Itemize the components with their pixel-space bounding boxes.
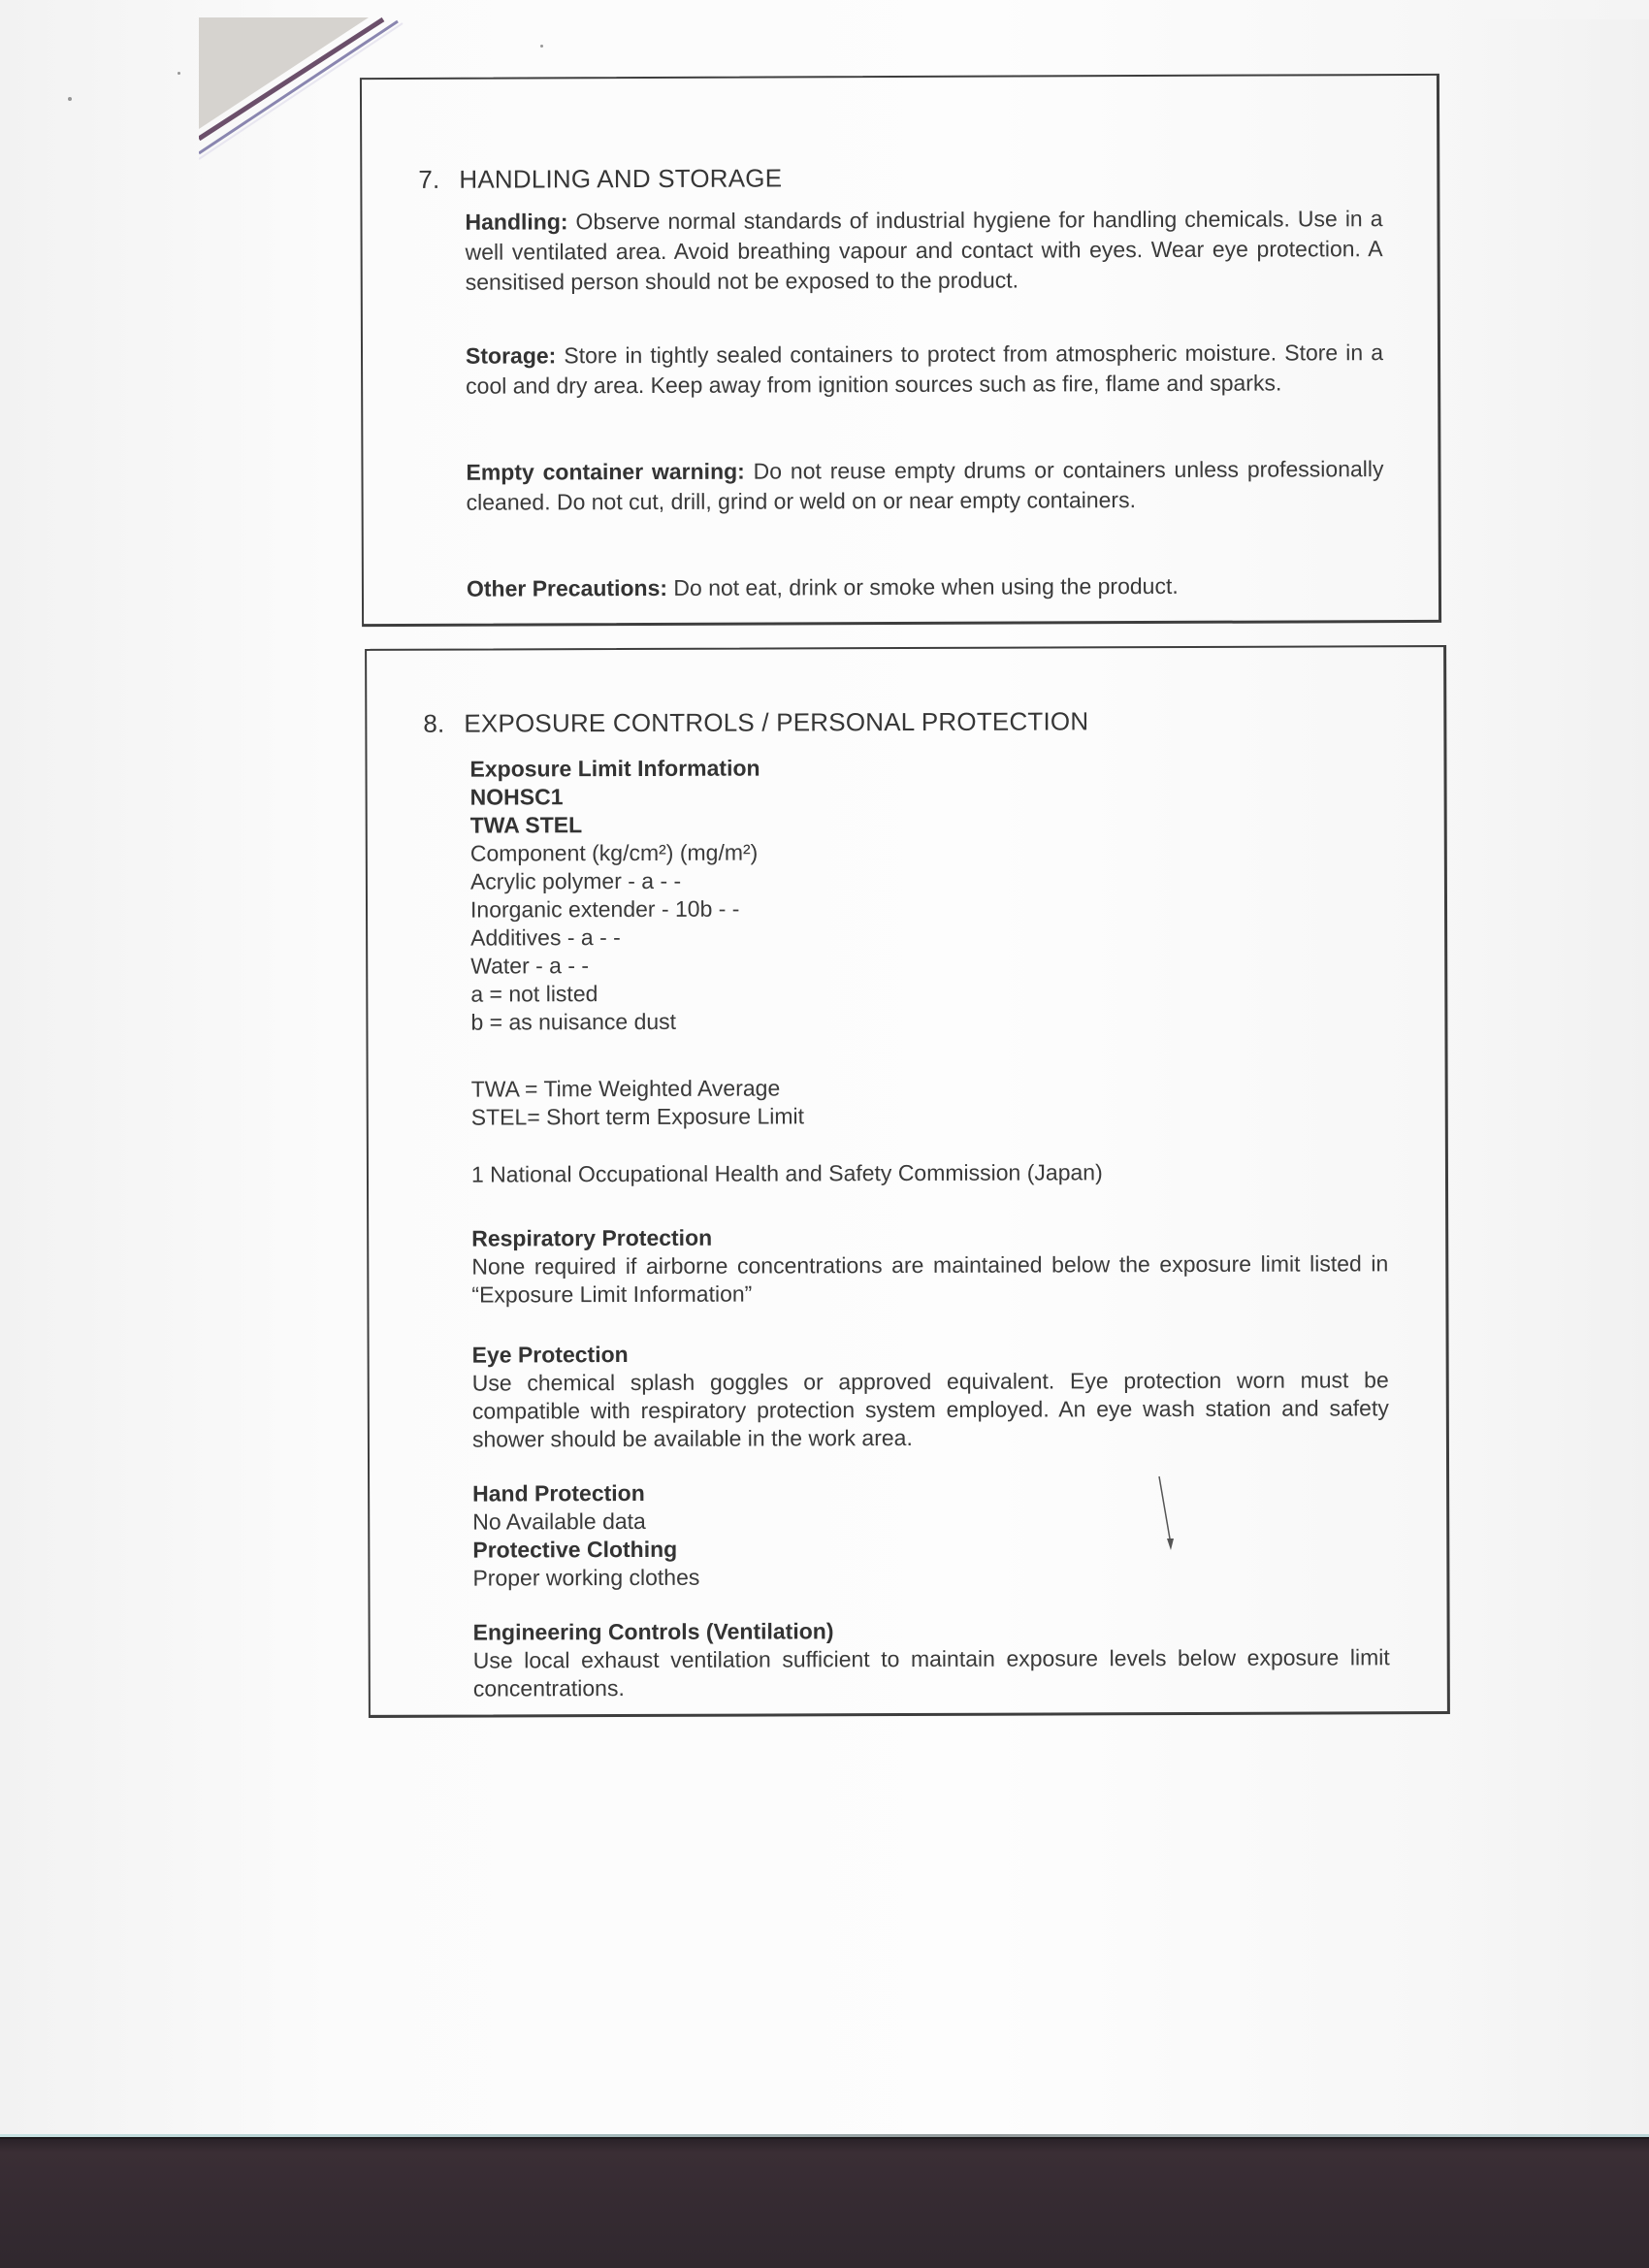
footnote-text: 1 National Occupational Health and Safet…: [471, 1157, 1403, 1188]
section-title: 8.EXPOSURE CONTROLS / PERSONAL PROTECTIO…: [423, 706, 1088, 738]
engineering-controls: Engineering Controls (Ventilation) Use l…: [473, 1615, 1405, 1702]
handling-paragraph: Handling: Observe normal standards of in…: [465, 204, 1382, 298]
eye-protection: Eye Protection Use chemical splash goggl…: [472, 1338, 1404, 1453]
section-title: 7.HANDLING AND STORAGE: [418, 163, 782, 194]
engineering-text: Use local exhaust ventilation sufficient…: [473, 1643, 1390, 1702]
storage-label: Storage:: [466, 342, 556, 368]
component-row: Water - a - -: [470, 949, 1402, 980]
exposure-limit-heading: Exposure Limit Information: [469, 752, 1401, 783]
empty-container-label: Empty container warning:: [466, 459, 744, 485]
exposure-limit-info: Exposure Limit Information NOHSC1 TWA ST…: [469, 752, 1402, 1036]
respiratory-heading: Respiratory Protection: [471, 1221, 1403, 1252]
footnote: 1 National Occupational Health and Safet…: [471, 1157, 1403, 1188]
component-row: Additives - a - -: [470, 921, 1402, 952]
hand-heading: Hand Protection: [472, 1476, 1404, 1507]
section-title-text: HANDLING AND STORAGE: [459, 163, 782, 193]
component-row: Acrylic polymer - a - -: [470, 864, 1402, 895]
scan-speck: [68, 97, 72, 101]
legend-line: b = as nuisance dust: [470, 1005, 1402, 1036]
exposure-standard: NOHSC1: [470, 780, 1402, 811]
scan-speck: [178, 72, 180, 75]
eye-text: Use chemical splash goggles or approved …: [472, 1366, 1389, 1453]
engineering-heading: Engineering Controls (Ventilation): [473, 1615, 1405, 1646]
scan-speck: [540, 45, 543, 48]
other-precautions-text: Do not eat, drink or smoke when using th…: [667, 573, 1179, 600]
clothing-heading: Protective Clothing: [472, 1533, 1404, 1564]
scanner-background: [0, 2137, 1649, 2268]
section-number: 7.: [418, 164, 459, 194]
abbreviation-definitions: TWA = Time Weighted Average STEL= Short …: [471, 1072, 1403, 1131]
component-row: Inorganic extender - 10b - -: [470, 892, 1402, 923]
other-precautions-label: Other Precautions:: [467, 575, 667, 601]
clothing-text: Proper working clothes: [472, 1561, 1404, 1592]
empty-container-paragraph: Empty container warning: Do not reuse em…: [466, 454, 1383, 518]
section-handling-storage: 7.HANDLING AND STORAGE Handling: Observe…: [360, 74, 1441, 627]
storage-text: Store in tightly sealed containers to pr…: [466, 340, 1383, 399]
eye-heading: Eye Protection: [472, 1338, 1404, 1369]
units-line: Component (kg/cm²) (mg/m²): [470, 836, 1402, 867]
hand-and-clothing-protection: Hand Protection No Available data Protec…: [472, 1476, 1404, 1592]
pen-stroke-mark: [1157, 1474, 1177, 1552]
legend-line: a = not listed: [470, 977, 1402, 1008]
exposure-columns: TWA STEL: [470, 808, 1402, 839]
handling-label: Handling:: [465, 209, 567, 234]
other-precautions-paragraph: Other Precautions: Do not eat, drink or …: [467, 570, 1384, 604]
handling-text: Observe normal standards of industrial h…: [466, 206, 1383, 295]
hand-text: No Available data: [472, 1505, 1404, 1536]
definition-line: TWA = Time Weighted Average: [471, 1072, 1403, 1103]
respiratory-protection: Respiratory Protection None required if …: [471, 1221, 1403, 1309]
definition-line: STEL= Short term Exposure Limit: [471, 1100, 1403, 1131]
storage-paragraph: Storage: Store in tightly sealed contain…: [466, 338, 1383, 402]
page-shadow: [1463, 19, 1649, 2139]
section-exposure-controls: 8.EXPOSURE CONTROLS / PERSONAL PROTECTIO…: [365, 645, 1450, 1718]
section-number: 8.: [423, 708, 464, 738]
respiratory-text: None required if airborne concentrations…: [471, 1249, 1388, 1309]
section-title-text: EXPOSURE CONTROLS / PERSONAL PROTECTION: [464, 706, 1088, 737]
